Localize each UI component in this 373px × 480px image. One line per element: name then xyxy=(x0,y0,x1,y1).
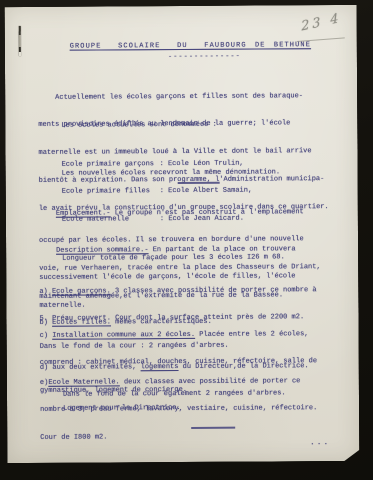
paragraph-text: Le groupe n'est pas construit à l'emplac… xyxy=(110,208,303,217)
handwritten-note: 23 4 xyxy=(301,7,361,35)
paragraph-line: Emplacement.- Le groupe n'est pas constr… xyxy=(39,208,344,219)
section-heading: Description sommaire.- xyxy=(56,246,148,255)
item-heading: Ecole garçons. xyxy=(52,287,111,295)
item-heading: Installation commune aux 2 écoles. xyxy=(52,331,195,340)
renaming-line: Les nouvelles écoles recevront la même d… xyxy=(39,168,344,179)
trees-line: Dans le fond de la cour également 2 rang… xyxy=(40,389,345,400)
paragraph-line: e)Ecole Maternelle. deux classes avec po… xyxy=(40,377,345,388)
section-heading: Emplacement.- xyxy=(56,209,111,217)
paragraph-line: Actuellement les écoles garçons et fille… xyxy=(38,92,343,103)
school-name: Ecole Léon Trulin, xyxy=(168,159,244,167)
section-divider xyxy=(178,182,220,184)
facade-length-line: Longueur totale de façade pour les 3 éco… xyxy=(39,253,344,264)
item-heading: Ecole Maternelle. xyxy=(48,378,119,386)
paragraph-text: deux classes avec possibilité de porter … xyxy=(120,377,301,386)
paragraph-line: a) Ecole garçons. 3 classes avec possibi… xyxy=(39,286,344,297)
scanned-document-photo: 23 4 GROUPE SCOLAIRE DU FAUBOURG DE BETH… xyxy=(0,0,373,480)
footer-dots: ... xyxy=(310,439,330,448)
staple-mark xyxy=(19,26,21,56)
end-divider xyxy=(191,427,235,429)
paragraph-text: Placée entre les 2 écoles, xyxy=(195,330,308,339)
paragraph-line: Cour de I800 m2. xyxy=(40,432,345,443)
school-type: Ecole primaire garçons xyxy=(62,160,160,170)
document-title: GROUPE SCOLAIRE DU FAUBOURG DE BETHUNE xyxy=(38,41,343,52)
title-rule: -------------- xyxy=(38,52,343,63)
item-letter: a) xyxy=(39,287,52,295)
paragraph-text: 3 classes avec possibilité de porter ce … xyxy=(111,286,317,295)
paragraph-line: c) Installation commune aux 2 écoles. Pl… xyxy=(40,330,345,341)
denomination-intro: Les écoles actuelles sont dénommées : xyxy=(38,120,343,131)
item-letter: c) xyxy=(40,331,53,339)
document-page: 23 4 GROUPE SCOLAIRE DU FAUBOURG DE BETH… xyxy=(5,5,360,463)
directrice-housing-line: Logement pour la Directrice. xyxy=(40,403,345,414)
